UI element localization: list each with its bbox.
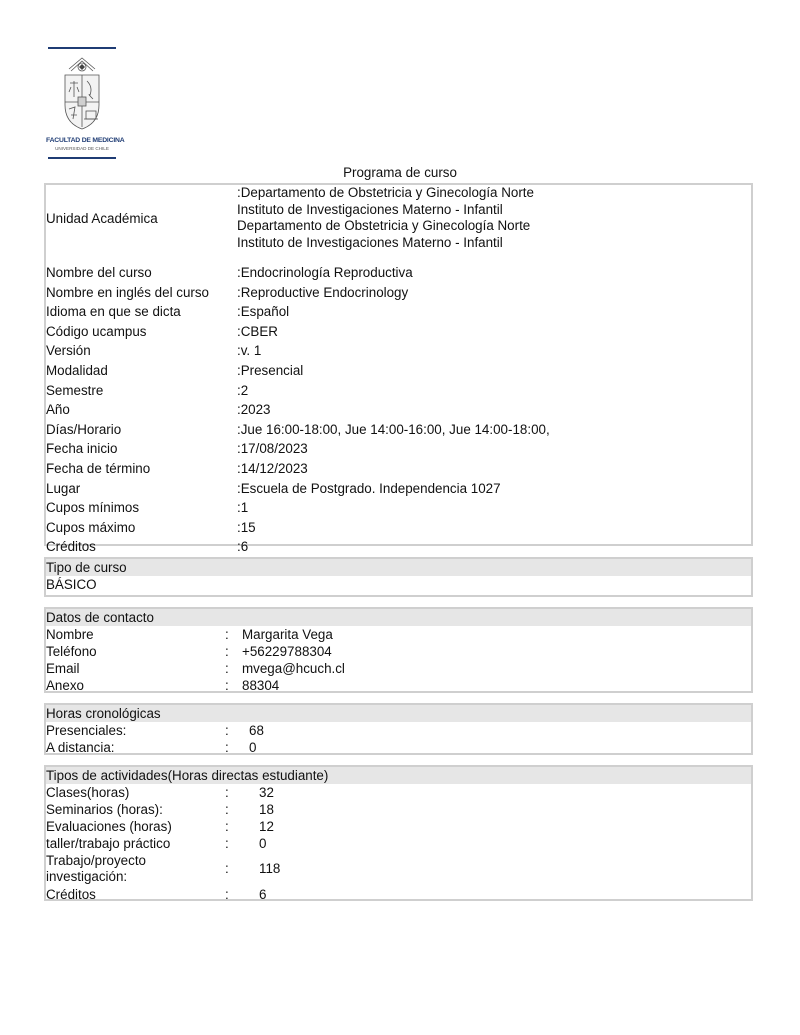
row-value: 32 [259,784,274,801]
document-title: Programa de curso [0,165,800,180]
row-label: Versión [46,341,91,361]
row-value: :2 [237,381,248,401]
row-colon: : [225,835,229,852]
row-value: :Reproductive Endocrinology [237,283,408,303]
row-colon: : [225,801,229,818]
row-colon: : [225,886,229,903]
row-label: Presenciales: [46,722,126,739]
row-label-line: Trabajo/proyecto [46,853,146,868]
row-label: Fecha inicio [46,439,117,459]
university-name: UNIVERSIDAD DE CHILE [46,146,118,151]
table-row: Idioma en que se dicta:Español [46,302,751,322]
row-colon: : [225,739,229,756]
table-row: Nombre en inglés del curso:Reproductive … [46,283,751,303]
activity-row: Créditos:6 [46,886,751,903]
contact-phone: +56229788304 [242,643,332,660]
row-label: Clases(horas) [46,784,129,801]
row-label: Año [46,400,70,420]
table-row: Créditos:6 [46,537,751,557]
section-header: Tipo de curso [46,559,751,576]
row-colon: : [225,818,229,835]
table-row: Versión:v. 1 [46,341,751,361]
contact-email: mvega@hcuch.cl [242,660,345,677]
faculty-logo: FACULTAD DE MEDICINA UNIVERSIDAD DE CHIL… [46,45,118,163]
activity-row: Trabajo/proyectoinvestigación: : 118 [46,852,751,886]
row-label: Evaluaciones (horas) [46,818,172,835]
row-label: Nombre [46,626,94,643]
row-value: 18 [259,801,274,818]
contact-row: Nombre:Margarita Vega [46,626,751,643]
section-header: Horas cronológicas [46,705,751,722]
row-label: Créditos [46,537,96,557]
unidad-line: Departamento de Obstetricia y Ginecologí… [237,218,534,235]
row-label: Seminarios (horas): [46,801,163,818]
row-colon: : [225,677,229,694]
row-label: A distancia: [46,739,114,756]
activity-row: Seminarios (horas)::18 [46,801,751,818]
row-colon: : [225,660,229,677]
table-row: Fecha inicio:17/08/2023 [46,439,751,459]
row-value: :Departamento de Obstetricia y Ginecolog… [237,185,534,251]
row-value: :2023 [237,400,271,420]
row-label-line: investigación: [46,869,127,884]
course-type-section: Tipo de curso BÁSICO [44,557,753,597]
unidad-line: Instituto de Investigaciones Materno - I… [237,235,534,252]
row-label: Unidad Académica [46,209,158,229]
row-colon: : [225,784,229,801]
hours-row: Presenciales::68 [46,722,751,739]
row-colon: : [225,722,229,739]
row-label: Código ucampus [46,322,147,342]
contact-section: Datos de contacto Nombre:Margarita Vega … [44,607,753,693]
contact-extension: 88304 [242,677,279,694]
hours-row: A distancia::0 [46,739,751,756]
section-header: Tipos de actividades(Horas directas estu… [46,767,751,784]
row-label: Email [46,660,79,677]
logo-bottom-rule [48,157,116,159]
row-value: 0 [259,835,266,852]
row-value: :Endocrinología Reproductiva [237,263,413,283]
row-value: :14/12/2023 [237,459,308,479]
logo-top-rule [48,47,116,49]
row-value: :v. 1 [237,341,261,361]
table-row: Días/Horario:Jue 16:00-18:00, Jue 14:00-… [46,420,751,440]
table-row: Código ucampus:CBER [46,322,751,342]
row-label: Semestre [46,381,103,401]
row-colon: : [225,626,229,643]
row-label: Créditos [46,886,96,903]
table-row: Cupos máximo:15 [46,518,751,538]
contact-name: Margarita Vega [242,626,333,643]
row-label: Anexo [46,677,84,694]
activities-section: Tipos de actividades(Horas directas estu… [44,765,753,901]
row-value: :6 [237,537,248,557]
unidad-academica-row: Unidad Académica :Departamento de Obstet… [46,185,751,263]
row-label: Nombre en inglés del curso [46,283,209,303]
row-label: Cupos mínimos [46,498,139,518]
table-row: Semestre:2 [46,381,751,401]
course-info-table: Unidad Académica :Departamento de Obstet… [44,183,753,546]
row-value: :Escuela de Postgrado. Independencia 102… [237,479,501,499]
table-row: Modalidad:Presencial [46,361,751,381]
row-value: :15 [237,518,256,538]
row-value: 6 [259,886,266,903]
row-label: Modalidad [46,361,108,381]
course-type-value: BÁSICO [46,576,751,594]
table-row: Nombre del curso:Endocrinología Reproduc… [46,263,751,283]
table-row: Cupos mínimos:1 [46,498,751,518]
row-value: 0 [249,739,256,756]
table-row: Fecha de término:14/12/2023 [46,459,751,479]
row-colon: : [225,643,229,660]
row-label: Cupos máximo [46,518,135,538]
university-crest-icon [57,57,107,133]
faculty-name: FACULTAD DE MEDICINA [46,137,118,144]
unidad-line: :Departamento de Obstetricia y Ginecolog… [237,185,534,202]
row-value: :Español [237,302,289,322]
contact-row: Anexo:88304 [46,677,751,694]
table-row: Lugar:Escuela de Postgrado. Independenci… [46,479,751,499]
section-header: Datos de contacto [46,609,751,626]
row-value: :17/08/2023 [237,439,308,459]
row-colon: : [225,860,229,877]
row-label: Fecha de término [46,459,150,479]
row-label: Días/Horario [46,420,121,440]
row-value: 12 [259,818,274,835]
hours-section: Horas cronológicas Presenciales::68 A di… [44,703,753,755]
row-value: :1 [237,498,248,518]
activity-row: taller/trabajo práctico:0 [46,835,751,852]
row-value: :CBER [237,322,278,342]
contact-row: Teléfono:+56229788304 [46,643,751,660]
activity-row: Evaluaciones (horas):12 [46,818,751,835]
row-label: taller/trabajo práctico [46,835,170,852]
row-value: 118 [259,860,280,877]
contact-row: Email:mvega@hcuch.cl [46,660,751,677]
row-value: 68 [249,722,264,739]
row-value: :Jue 16:00-18:00, Jue 14:00-16:00, Jue 1… [237,420,550,440]
table-row: Año:2023 [46,400,751,420]
row-value: :Presencial [237,361,303,381]
row-label: Idioma en que se dicta [46,302,181,322]
row-label: Lugar [46,479,80,499]
unidad-line: Instituto de Investigaciones Materno - I… [237,202,534,219]
row-label: Teléfono [46,643,97,660]
row-label: Nombre del curso [46,263,152,283]
row-label: Trabajo/proyectoinvestigación: [46,853,146,885]
activity-row: Clases(horas):32 [46,784,751,801]
